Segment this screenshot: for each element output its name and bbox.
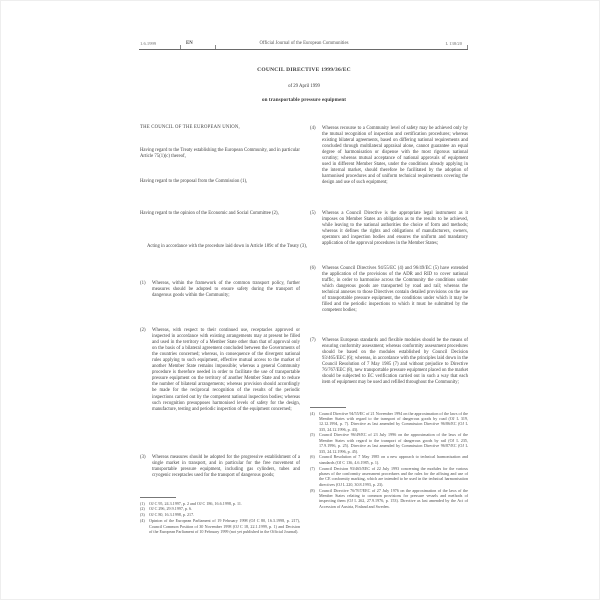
footnote-text: OJ C 95, 24.3.1997, p. 2 and OJ C 186, 1…	[149, 501, 242, 506]
recital-number: (4)	[310, 126, 316, 132]
recital-text: Whereas, with respect to their continued…	[152, 328, 300, 413]
directive-date: of 29 April 1999	[140, 84, 468, 89]
recital-number: (6)	[310, 266, 316, 272]
recital-4: (4) Whereas recourse to a Community leve…	[310, 126, 468, 186]
footnote-text: Council Decision 93/465/EEC of 22 July 1…	[319, 466, 468, 487]
recital-text: Whereas a Council Directive is the appro…	[322, 211, 468, 247]
footnote: (5) Council Directive 96/49/EC of 23 Jul…	[310, 432, 468, 453]
footnote-text: OJ C 80, 16.3.1998, p. 217.	[149, 512, 194, 517]
preamble-having-treaty: Having regard to the Treaty establishing…	[140, 148, 300, 160]
recital-text: Whereas recourse to a Community level of…	[322, 126, 468, 186]
footnote-text: Opinion of the European Parliament of 19…	[149, 518, 300, 534]
footnote: (2) OJ C 296, 29.9.1997, p. 6.	[140, 506, 300, 511]
recital-number: (5)	[310, 211, 316, 217]
footnote-text: Council Resolution of 7 May 1985 on a ne…	[319, 454, 468, 464]
footnote-number: (4)	[140, 518, 145, 523]
footnotes-left: (1) OJ C 95, 24.3.1997, p. 2 and OJ C 18…	[140, 501, 300, 535]
recital-5: (5) Whereas a Council Directive is the a…	[310, 211, 468, 247]
footnote-text: Council Directive 94/55/EC of 21 Novembe…	[319, 411, 468, 432]
preamble-having-proposal: Having regard to the proposal from the C…	[140, 179, 300, 185]
footnote-number: (7)	[310, 466, 315, 471]
footnote-number: (4)	[310, 411, 315, 416]
header-page-number: L 138/20	[140, 41, 462, 46]
footnote-number: (5)	[310, 432, 315, 437]
footnote-rule-left	[140, 497, 176, 498]
recital-text: Whereas, within the framework of the com…	[152, 281, 300, 299]
footnotes-right: (4) Council Directive 94/55/EC of 21 Nov…	[310, 411, 468, 510]
footnote-text: Council Directive 96/49/EC of 23 July 19…	[319, 432, 468, 453]
preamble-having-opinion: Having regard to the opinion of the Econ…	[140, 211, 300, 217]
footnote-number: (2)	[140, 506, 145, 511]
preamble-institution: THE COUNCIL OF THE EUROPEAN UNION,	[140, 125, 300, 131]
footnote-number: (6)	[310, 454, 315, 459]
footnote: (7) Council Decision 93/465/EEC of 22 Ju…	[310, 466, 468, 487]
document-page: 1.6.1999 EN Official Journal of the Euro…	[0, 0, 600, 600]
recital-number: (1)	[140, 281, 146, 287]
footnote: (6) Council Resolution of 7 May 1985 on …	[310, 454, 468, 465]
recital-number: (2)	[140, 328, 146, 334]
directive-title: COUNCIL DIRECTIVE 1999/36/EC	[140, 67, 468, 73]
recital-2: (2) Whereas, with respect to their conti…	[140, 328, 300, 413]
footnote: (4) Opinion of the European Parliament o…	[140, 518, 300, 534]
footnote-number: (3)	[140, 512, 145, 517]
footnote: (1) OJ C 95, 24.3.1997, p. 2 and OJ C 18…	[140, 501, 300, 506]
footnote: (4) Council Directive 94/55/EC of 21 Nov…	[310, 411, 468, 432]
recital-6: (6) Whereas Council Directives 94/55/EC …	[310, 266, 468, 314]
footnote-text: OJ C 296, 29.9.1997, p. 6.	[149, 506, 192, 511]
recital-1: (1) Whereas, within the framework of the…	[140, 281, 300, 299]
recital-7: (7) Whereas European standards and flexi…	[310, 338, 468, 386]
recital-number: (7)	[310, 338, 316, 344]
footnote-text: Council Directive 76/767/EEC of 27 July …	[319, 488, 468, 509]
recital-text: Whereas measures should be adopted for t…	[152, 455, 300, 479]
recital-text: Whereas Council Directives 94/55/EC (4) …	[322, 266, 468, 314]
recital-3: (3) Whereas measures should be adopted f…	[140, 455, 300, 479]
footnote-number: (8)	[310, 488, 315, 493]
footnote: (3) OJ C 80, 16.3.1998, p. 217.	[140, 512, 300, 517]
footnote-rule-right	[310, 407, 346, 408]
recital-text: Whereas European standards and flexible …	[322, 338, 468, 386]
directive-subject: on transportable pressure equipment	[140, 97, 468, 103]
preamble-acting: Acting in accordance with the procedure …	[140, 244, 307, 250]
footnote-number: (1)	[140, 501, 145, 506]
footnote: (8) Council Directive 76/767/EEC of 27 J…	[310, 488, 468, 509]
recital-number: (3)	[140, 455, 146, 461]
header-rule	[139, 49, 468, 50]
